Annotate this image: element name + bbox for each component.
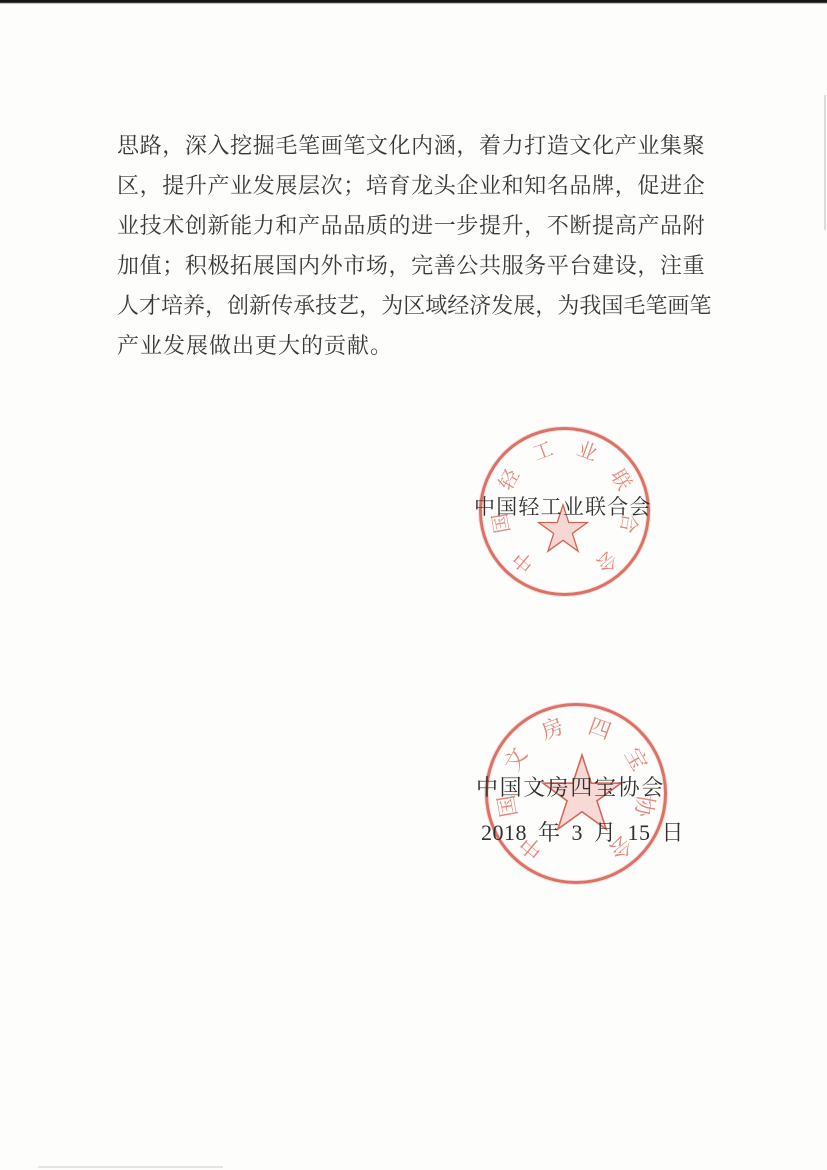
scan-artifact-right-edge <box>824 95 826 230</box>
signature-date: 2018 年 3 月 15 日 <box>481 816 684 847</box>
body-line-1: 思路，深入挖掘毛笔画笔文化内涵，着力打造文化产业集聚 <box>117 124 705 164</box>
body-line-2: 区，提升产业发展层次；培育龙头企业和知名品牌，促进企 <box>117 164 705 204</box>
signature-org-name-1: 中国轻工业联合会 <box>474 491 652 521</box>
body-line-3: 业技术创新能力和产品品质的进一步提升，不断提高产品附 <box>117 204 705 244</box>
document-body: 思路，深入挖掘毛笔画笔文化内涵，着力打造文化产业集聚 区，提升产业发展层次；培育… <box>117 124 705 364</box>
body-line-5: 人才培养，创新传承技艺，为区域经济发展，为我国毛笔画笔 <box>117 284 705 324</box>
scan-artifact-bottom-smudge <box>38 1166 223 1168</box>
scanned-document-page: 思路，深入挖掘毛笔画笔文化内涵，着力打造文化产业集聚 区，提升产业发展层次；培育… <box>0 0 827 1170</box>
body-line-6: 产业发展做出更大的贡献。 <box>117 324 705 364</box>
body-line-4: 加值；积极拓展国内外市场，完善公共服务平台建设，注重 <box>117 244 705 284</box>
signature-org-name-2: 中国文房四宝协会 <box>476 771 665 802</box>
scan-artifact-top-edge <box>0 0 827 4</box>
